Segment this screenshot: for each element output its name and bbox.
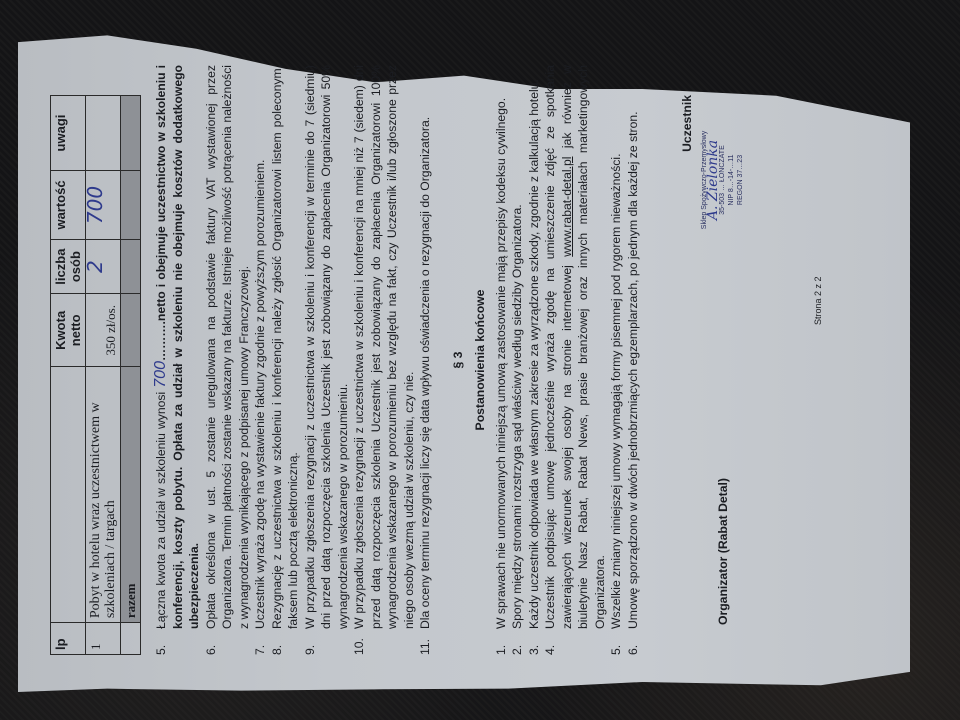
item-text-before: Łączna kwota za udział w szkoleniu wynos…	[154, 388, 168, 629]
stamp-line: 35-503 … ŁONCZATE	[718, 105, 727, 255]
item-text: Łączna kwota za udział w szkoleniu wynos…	[153, 65, 203, 629]
item-text: Wszelkie zmiany niniejszej umowy wymagaj…	[608, 154, 625, 630]
item-text: Opłata określona w ust. 5 zostanie uregu…	[203, 65, 253, 629]
cell-kwota: 350 zł/os.	[86, 294, 121, 367]
item-text: W przypadku zgłoszenia rezygnacji z ucze…	[351, 65, 417, 629]
item-text: W sprawach nie unormowanych niniejszą um…	[493, 98, 510, 629]
table-row: 1 Pobyt w hotelu wraz uczestnictwem w sz…	[86, 96, 121, 655]
section3-list: 1.W sprawach nie unormowanych niniejszą …	[493, 65, 642, 655]
stamp-line: NIP 8…-14-…11	[727, 105, 736, 255]
header-uwagi: uwagi	[51, 96, 86, 171]
list-item: 3.Każdy uczestnik odpowiada we własnym z…	[526, 65, 543, 655]
item-number: 6.	[203, 629, 253, 655]
cell-total-kwota	[121, 294, 141, 367]
list-item: 9.W przypadku zgłoszenia rezygnacji z uc…	[302, 65, 352, 655]
cell-lp: 1	[86, 623, 121, 655]
company-stamp: Sklep Spożywczo-Przemysłowy A. Zielonka …	[700, 105, 745, 255]
item-number: 2.	[509, 629, 526, 655]
cell-uwagi	[86, 96, 121, 171]
item-text: Uczestnik wyraża zgodę na wystawienie fa…	[252, 160, 269, 629]
item-text: Uczestnik podpisując umowę jednocześnie …	[542, 65, 608, 629]
header-liczba: liczba osób	[51, 239, 86, 293]
cell-total-label: razem	[121, 367, 141, 623]
item-text: Spory między stronami rozstrzyga sąd wła…	[509, 204, 526, 629]
header-wartosc: wartość	[51, 171, 86, 240]
item-number: 1.	[493, 629, 510, 655]
cell-name: Pobyt w hotelu wraz uczestnictwem w szko…	[86, 367, 121, 623]
item-number: 8.	[269, 629, 302, 655]
item-text: Każdy uczestnik odpowiada we własnym zak…	[526, 79, 543, 629]
list-item: 8.Rezygnację z uczestnictwa w szkoleniu …	[269, 65, 302, 655]
item-text: Dla oceny terminu rezygnacji liczy się d…	[417, 117, 434, 629]
list-item: 7.Uczestnik wyraża zgodę na wystawienie …	[252, 65, 269, 655]
document-content: lp Kwota netto liczba osób wartość uwagi…	[50, 65, 840, 655]
list-item: 1.W sprawach nie unormowanych niniejszą …	[493, 65, 510, 655]
list-item: 5. Łączna kwota za udział w szkoleniu wy…	[153, 65, 203, 655]
table-total-row: razem	[121, 96, 141, 655]
list-item: 10.W przypadku zgłoszenia rezygnacji z u…	[351, 65, 417, 655]
table-header-row: lp Kwota netto liczba osób wartość uwagi	[51, 96, 86, 655]
section-number: § 3	[450, 65, 467, 655]
list-item: 6.Opłata określona w ust. 5 zostanie ure…	[203, 65, 253, 655]
item-text: W przypadku zgłoszenia rezygnacji z ucze…	[302, 65, 352, 629]
organizer-signature-label: Organizator (Rabat Detal)	[715, 478, 732, 625]
list-item: 2.Spory między stronami rozstrzyga sąd w…	[509, 65, 526, 655]
cost-table: lp Kwota netto liczba osób wartość uwagi…	[50, 95, 141, 655]
item-number: 3.	[526, 629, 543, 655]
item-text: Umowę sporządzono w dwóch jednobrzmiącyc…	[625, 111, 642, 629]
handwritten-amount: 700	[152, 361, 169, 388]
website-link[interactable]: www.rabat-detal.pl	[560, 157, 574, 257]
stamp-line: REGON 37…23	[736, 105, 745, 255]
header-lp: lp	[51, 623, 86, 655]
cell-total-wartosc	[121, 171, 141, 240]
item-number: 9.	[302, 629, 352, 655]
handwritten-signature: A. Zielonka	[709, 105, 718, 255]
header-name	[51, 367, 86, 623]
page-number: Strona 2 z 2	[810, 276, 827, 325]
section-title: Postanowienia końcowe	[472, 65, 489, 655]
item-number: 10.	[351, 629, 417, 655]
item-text: Rezygnację z uczestnictwa w szkoleniu i …	[269, 65, 302, 629]
section2-list: 5. Łączna kwota za udział w szkoleniu wy…	[153, 65, 434, 655]
item-number: 5.	[153, 629, 203, 655]
item-number: 6.	[625, 629, 642, 655]
cell-total-lp	[121, 623, 141, 655]
cell-wartosc: 700	[86, 171, 121, 240]
cell-total-liczba	[121, 239, 141, 293]
item-number: 5.	[608, 629, 625, 655]
list-item: 11.Dla oceny terminu rezygnacji liczy si…	[417, 65, 434, 655]
cell-total-uwagi	[121, 96, 141, 171]
cell-liczba: 2	[86, 239, 121, 293]
list-item: 4.Uczestnik podpisując umowę jednocześni…	[542, 65, 608, 655]
item-number: 4.	[542, 629, 608, 655]
list-item: 6.Umowę sporządzono w dwóch jednobrzmiąc…	[625, 65, 642, 655]
list-item: 5.Wszelkie zmiany niniejszej umowy wymag…	[608, 65, 625, 655]
item-number: 11.	[417, 629, 434, 655]
header-kwota: Kwota netto	[51, 294, 86, 367]
item-number: 7.	[252, 629, 269, 655]
